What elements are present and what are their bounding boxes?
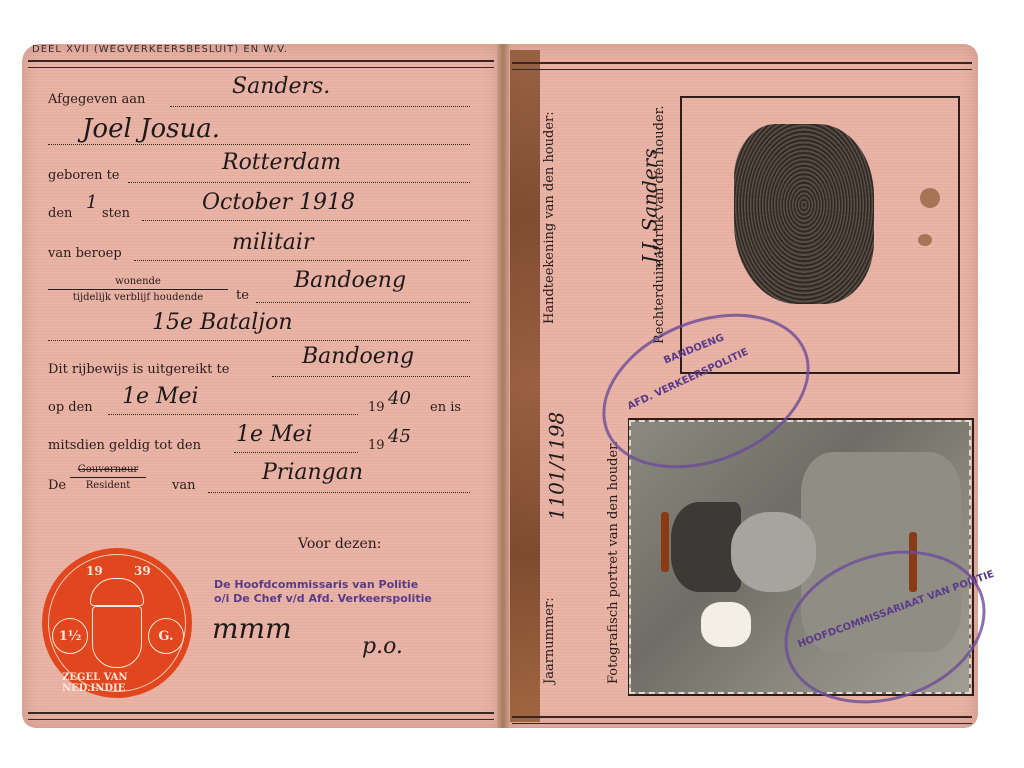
spine-fold (497, 44, 509, 728)
label-en-is: en is (430, 400, 461, 415)
top-rule-right (512, 62, 972, 70)
label-den: den (48, 206, 72, 221)
label-voor-dezen: Voor dezen: (298, 536, 381, 552)
bottom-rule-right (512, 716, 972, 724)
label-year-prefix: 19 (368, 400, 385, 415)
stamp-line-1: De Hoofdcommissaris van Politie (214, 578, 418, 591)
seal-value-left: 1½ (52, 618, 88, 654)
field-line (142, 220, 470, 221)
value-issue-date: 1e Mei (122, 384, 199, 409)
coat-of-arms-icon (92, 606, 142, 668)
field-line (234, 452, 358, 453)
label-year-number: Jaarnummer: (542, 597, 557, 684)
field-line (134, 260, 470, 261)
label-thumbprint: Rechterduimafdruk van den houder. (652, 105, 667, 344)
value-issue-year: 40 (388, 388, 411, 409)
field-line (108, 414, 358, 415)
stain-spot (918, 234, 932, 246)
label-year-prefix: 19 (368, 438, 385, 453)
label-van-beroep: van beroep (48, 246, 122, 261)
field-line (272, 376, 470, 377)
value-surname: Sanders. (232, 74, 330, 99)
field-line (48, 144, 470, 145)
label-signature: Handteekening van den houder: (542, 111, 557, 324)
revenue-seal: 19 39 1½ G. ZEGEL VAN NED.INDIE (42, 548, 192, 698)
value-birth-date: October 1918 (202, 190, 355, 215)
value-residence: Bandoeng (294, 268, 406, 293)
value-unit: 15e Bataljon (152, 310, 293, 335)
seal-legend: ZEGEL VAN NED.INDIE (62, 672, 192, 694)
field-line (170, 106, 470, 107)
value-given-names: Joel Josua. (82, 114, 220, 144)
label-residence: wonende tijdelijk verblijf houdende (48, 276, 228, 303)
value-valid-until: 1e Mei (236, 422, 313, 447)
label-van: van (172, 478, 195, 493)
value-birth-day: 1 (86, 192, 97, 213)
field-line (208, 492, 470, 493)
label-op-den: op den (48, 400, 93, 415)
bottom-rule-left (28, 712, 494, 720)
official-signature-pp: p.o. (362, 634, 403, 659)
label-portrait: Fotografisch portret van den houder. (606, 441, 621, 684)
rust-staple (661, 512, 669, 572)
field-line (128, 182, 470, 183)
seal-year-right: 39 (134, 564, 151, 578)
value-issued-at: Bandoeng (302, 344, 414, 369)
label-afgegeven-aan: Afgegeven aan (48, 92, 145, 107)
official-signature: mmm (212, 612, 292, 645)
tape-stain (510, 50, 540, 722)
field-line (48, 340, 470, 341)
label-gouverneur-resident: Gouverneur Resident (70, 464, 146, 491)
seal-year-left: 19 (86, 564, 103, 578)
driving-licence-document: DEEL XVII (WEGVERKEERSBESLUIT) EN W.V. A… (22, 44, 982, 732)
header-text: DEEL XVII (WEGVERKEERSBESLUIT) EN W.V. (32, 44, 288, 55)
value-birthplace: Rotterdam (222, 150, 341, 175)
value-year-number: 1101/1198 (544, 412, 568, 521)
label-uitgereikt-te: Dit rijbewijs is uitgereikt te (48, 362, 229, 377)
value-region: Priangan (262, 460, 363, 485)
value-valid-year: 45 (388, 426, 411, 447)
value-profession: militair (232, 230, 313, 255)
label-de: De (48, 478, 66, 493)
label-te: te (236, 288, 249, 303)
thumbprint (734, 124, 874, 304)
seal-value-right: G. (148, 618, 184, 654)
field-line (256, 302, 470, 303)
top-rule-left (28, 60, 494, 68)
label-geldig-tot: mitsdien geldig tot den (48, 438, 201, 453)
label-geboren-te: geboren te (48, 168, 120, 183)
stamp-line-2: o/i De Chef v/d Afd. Verkeerspolitie (214, 592, 432, 605)
label-sten: sten (102, 206, 130, 221)
stain-spot (920, 188, 940, 208)
